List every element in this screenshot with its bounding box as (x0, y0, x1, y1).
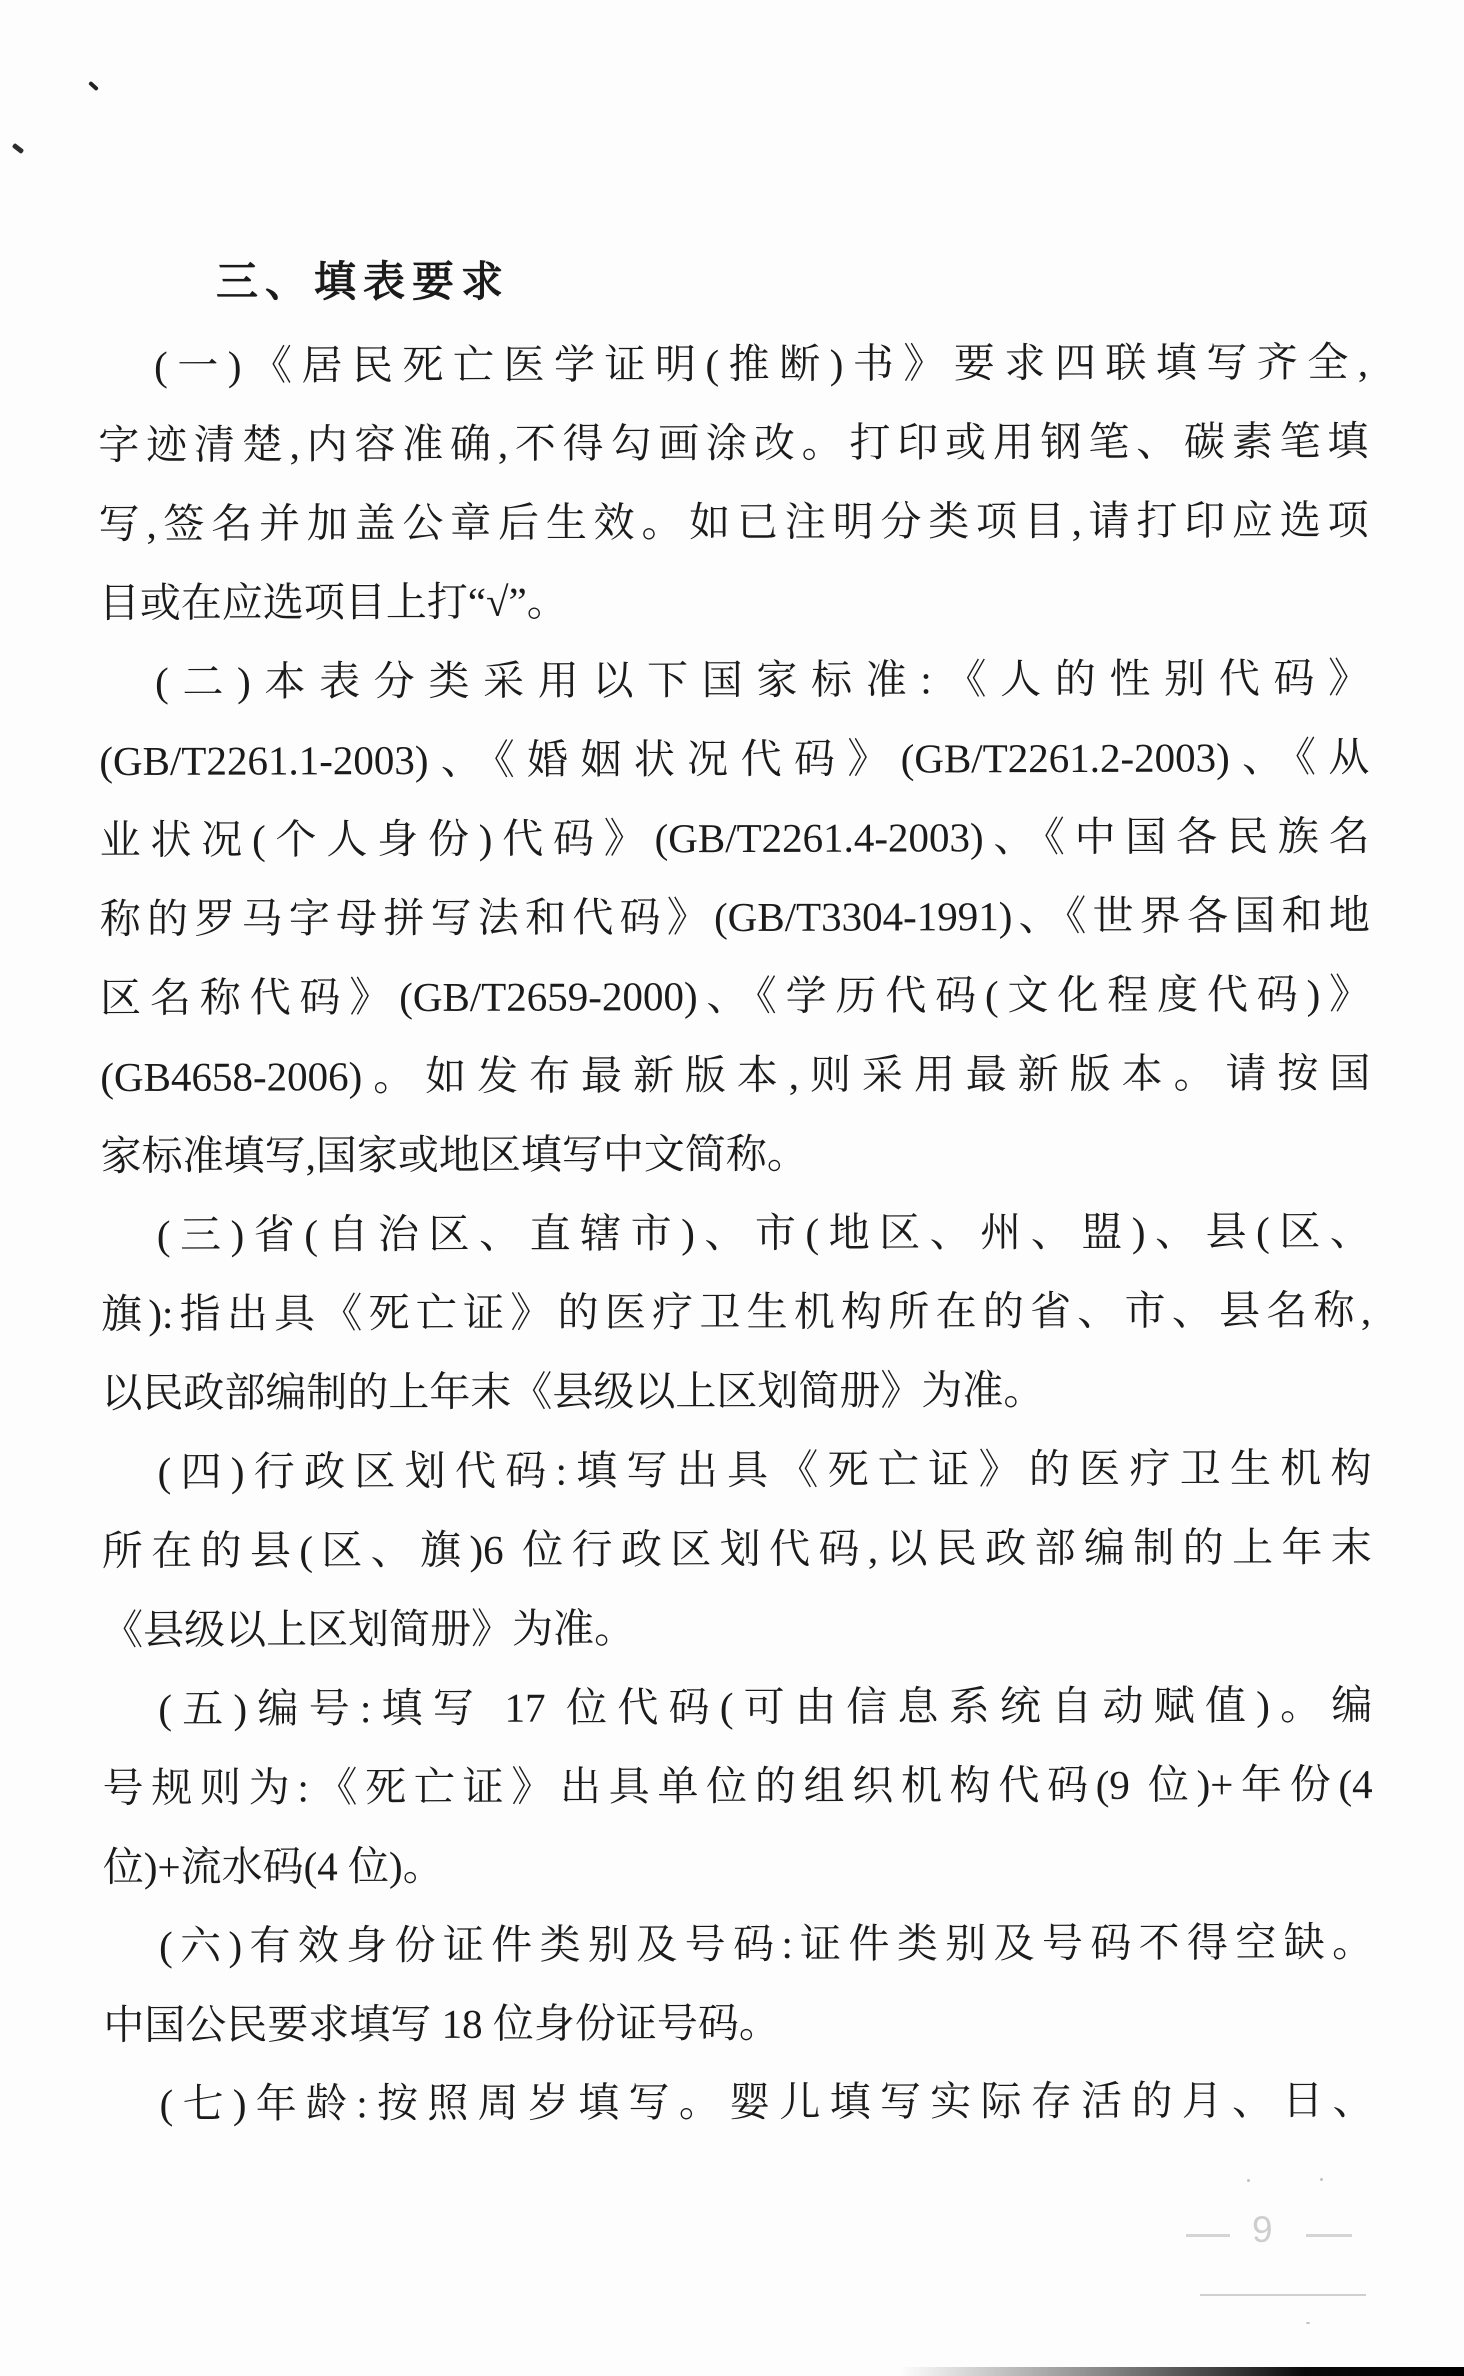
text-line: 家标准填写,国家或地区填写中文简称。 (100, 1113, 1370, 1196)
text-line: 以民政部编制的上年末《县级以上区划简册》为准。 (101, 1350, 1371, 1433)
scanner-edge-shadow (900, 2367, 1464, 2376)
scan-speck (88, 81, 99, 91)
bleed-through-line (1200, 2294, 1366, 2296)
text-line: (六)有效身份证件类别及号码:证件类别及号码不得空缺。 (103, 1903, 1373, 1986)
document-page: { "heading": "三、填表要求", "page_number": "9… (0, 0, 1464, 2376)
text-line: 业状况(个人身份)代码》(GB/T2261.4-2003)、《中国各民族名 (99, 797, 1369, 880)
page-number-dash (1186, 2234, 1230, 2237)
text-line: 位)+流水码(4 位)。 (103, 1824, 1373, 1907)
text-line: 写,签名并加盖公章后生效。如已注明分类项目,请打印应选项 (98, 481, 1368, 564)
text-line: (一)《居民死亡医学证明(推断)书》要求四联填写齐全, (98, 323, 1368, 406)
text-line: 旗):指出具《死亡证》的医疗卫生机构所在的省、市、县名称, (101, 1271, 1371, 1354)
text-line: 所在的县(区、旗)6 位行政区划代码,以民政部编制的上年末 (102, 1508, 1372, 1591)
page-number: 9 (1180, 2206, 1360, 2256)
text-line: (七)年龄:按照周岁填写。婴儿填写实际存活的月、日、 (103, 2061, 1373, 2144)
scanned-page: 三、填表要求 (一)《居民死亡医学证明(推断)书》要求四联填写齐全, 字迹清楚,… (0, 0, 1464, 2376)
scan-dust (1306, 2322, 1310, 2324)
text-line: 中国公民要求填写 18 位身份证号码。 (103, 1982, 1373, 2065)
text-line: (四)行政区划代码:填写出具《死亡证》的医疗卫生机构 (101, 1429, 1371, 1512)
document-body: (一)《居民死亡医学证明(推断)书》要求四联填写齐全, 字迹清楚,内容准确,不得… (98, 323, 1374, 2144)
text-line: 区名称代码》(GB/T2659-2000)、《学历代码(文化程度代码)》 (100, 955, 1370, 1038)
page-number-digit: 9 (1252, 2210, 1273, 2250)
page-number-dash (1306, 2234, 1352, 2237)
text-line: (二)本表分类采用以下国家标准:《人的性别代码》 (99, 639, 1369, 722)
section-heading: 三、填表要求 (216, 259, 510, 305)
text-line: (GB4658-2006)。如发布最新版本,则采用最新版本。请按国 (100, 1034, 1370, 1117)
text-line: (GB/T2261.1-2003)、《婚姻状况代码》(GB/T2261.2-20… (99, 718, 1369, 801)
scan-dust (1320, 2178, 1323, 2181)
scan-dust (1247, 2179, 1250, 2182)
text-line: (五)编号:填写 17 位代码(可由信息系统自动赋值)。编 (102, 1666, 1372, 1749)
text-line: 字迹清楚,内容准确,不得勾画涂改。打印或用钢笔、碳素笔填 (98, 402, 1368, 485)
text-line: 目或在应选项目上打“√”。 (99, 560, 1369, 643)
text-line: (三)省(自治区、直辖市)、市(地区、州、盟)、县(区、 (101, 1192, 1371, 1275)
text-line: 称的罗马字母拼写法和代码》(GB/T3304-1991)、《世界各国和地 (100, 876, 1370, 959)
text-line: 号规则为:《死亡证》出具单位的组织机构代码(9 位)+年份(4 (102, 1745, 1372, 1828)
scan-speck (12, 143, 25, 154)
text-line: 《县级以上区划简册》为准。 (102, 1587, 1372, 1670)
